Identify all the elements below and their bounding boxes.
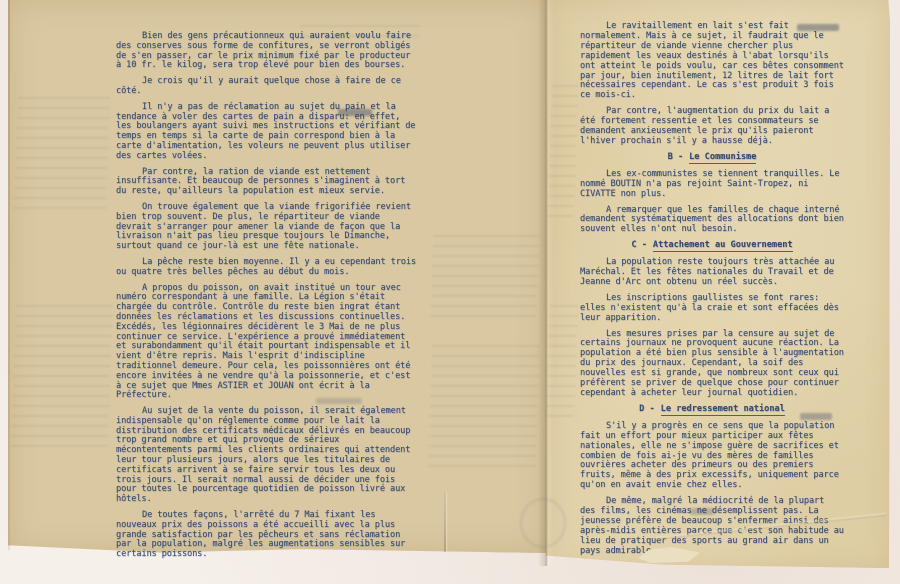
paragraph-peche-moyenne: La pêche reste bien moyenne. Il y a eu c… xyxy=(116,258,416,278)
left-page-text-column: Bien des gens précautionneux qui auraien… xyxy=(116,32,416,566)
paragraph-censure-journaux: Les mesures prises par la censure au suj… xyxy=(580,330,844,399)
section-letter-d: D - xyxy=(639,404,655,414)
paragraph-tour-poisson-legion: A propos du poisson, on avait institué u… xyxy=(116,284,416,402)
section-title-redressement: Le redressement national xyxy=(661,404,785,416)
paragraph-augmentation-prix-lait: Par contre, l'augmentation du prix du la… xyxy=(580,107,844,147)
paragraph-viande-frigorifiee: On trouve également que la viande frigor… xyxy=(116,203,416,252)
paragraph-attachee-marechal: La population reste toujours très attach… xyxy=(580,258,844,288)
section-title-attachement: Attachement au Gouvernement xyxy=(653,240,793,252)
right-page-text-column: Le ravitaillement en lait s'est fait nor… xyxy=(580,22,844,563)
paragraph-cartes-de-pain: Il n'y a pas de réclamation au sujet du … xyxy=(116,103,416,162)
paragraph-certificats-medicaux: Au sujet de la vente du poisson, il sera… xyxy=(116,407,416,505)
paragraph-progres-fetes-nationales: S'il y a progrès en ce sens que la popul… xyxy=(580,422,844,491)
paragraph-ex-communistes: Les ex-communistes se tiennent tranquill… xyxy=(580,170,844,200)
section-heading-communisme: B -Le Communisme xyxy=(580,153,844,163)
paragraph-inscriptions-gaullistes: Les inscriptions gaullistes se font rare… xyxy=(580,294,844,324)
paragraph-ravitaillement-lait: Le ravitaillement en lait s'est fait nor… xyxy=(580,22,844,101)
section-heading-redressement-national: D -Le redressement national xyxy=(580,405,844,415)
paragraph-cinemas-jeunesse: De même, malgré la médiocrité de la plup… xyxy=(580,497,844,556)
section-title-communisme: Le Communisme xyxy=(689,152,756,164)
section-heading-attachement-gouvernement: C -Attachement au Gouvernement xyxy=(580,241,844,251)
paragraph-arrete-7-mai: De toutes façons, l'arrêté du 7 Mai fixa… xyxy=(116,511,416,560)
paragraph-conserves-confitures: Bien des gens précautionneux qui auraien… xyxy=(116,32,416,71)
paragraph-familles-internes: A remarquer que les familles de chaque i… xyxy=(580,206,844,236)
paragraph-je-crois: Je crois qu'il y aurait quelque chose à … xyxy=(116,77,416,97)
section-letter-b: B - xyxy=(668,152,684,162)
scanned-document-page: { "doc": { "language": "fr", "ink_color"… xyxy=(0,0,900,584)
section-letter-c: C - xyxy=(631,240,647,250)
paragraph-ration-viande: Par contre, la ration de viande est nett… xyxy=(116,168,416,197)
